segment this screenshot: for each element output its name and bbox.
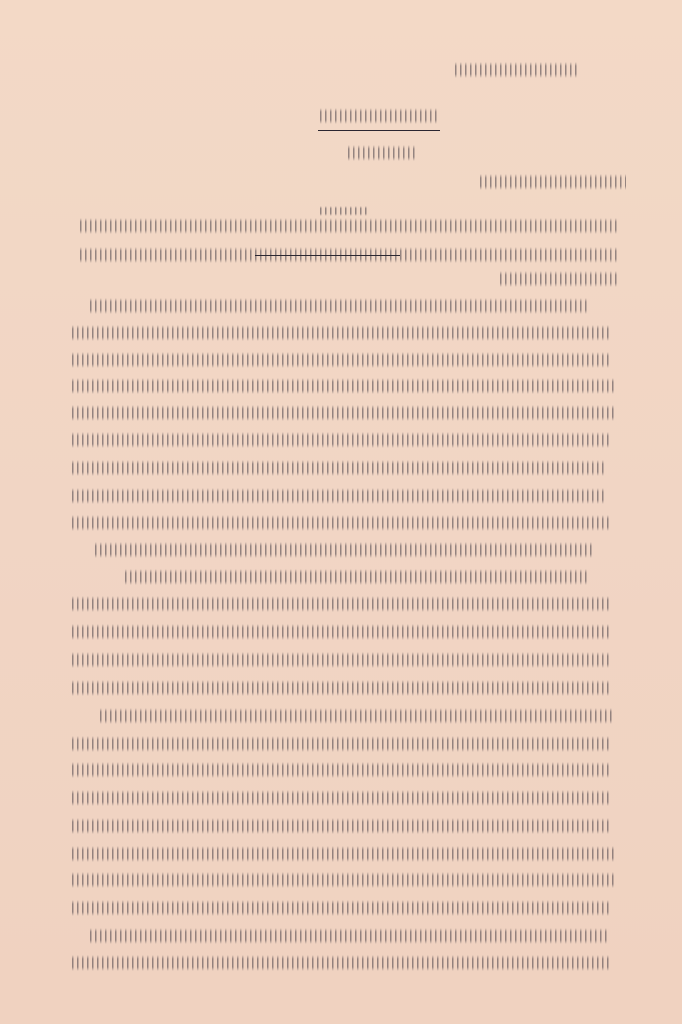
body-line [72,596,612,612]
title-underline [318,130,440,131]
body-line [125,569,590,585]
body-line [72,515,612,531]
manuscript-page: [handwritten author name, top right] א [… [0,0,682,1024]
body-line [72,325,612,341]
body-line [72,818,612,834]
body-line [72,955,612,971]
body-line [72,762,612,778]
body-line [72,488,607,504]
body-line [72,900,612,916]
body-line [72,460,607,476]
body-line [72,846,617,862]
body-line [72,352,612,368]
body-line [72,790,612,806]
body-line [72,680,612,696]
body-line [72,624,612,640]
body-line [90,298,590,314]
body-line [72,405,617,421]
body-line [72,378,617,394]
body-line [95,542,595,558]
body-line [72,736,612,752]
body-line [90,928,610,944]
body-line [72,432,612,448]
body-line [100,708,615,724]
body-line [72,872,617,888]
body-line [72,652,612,668]
